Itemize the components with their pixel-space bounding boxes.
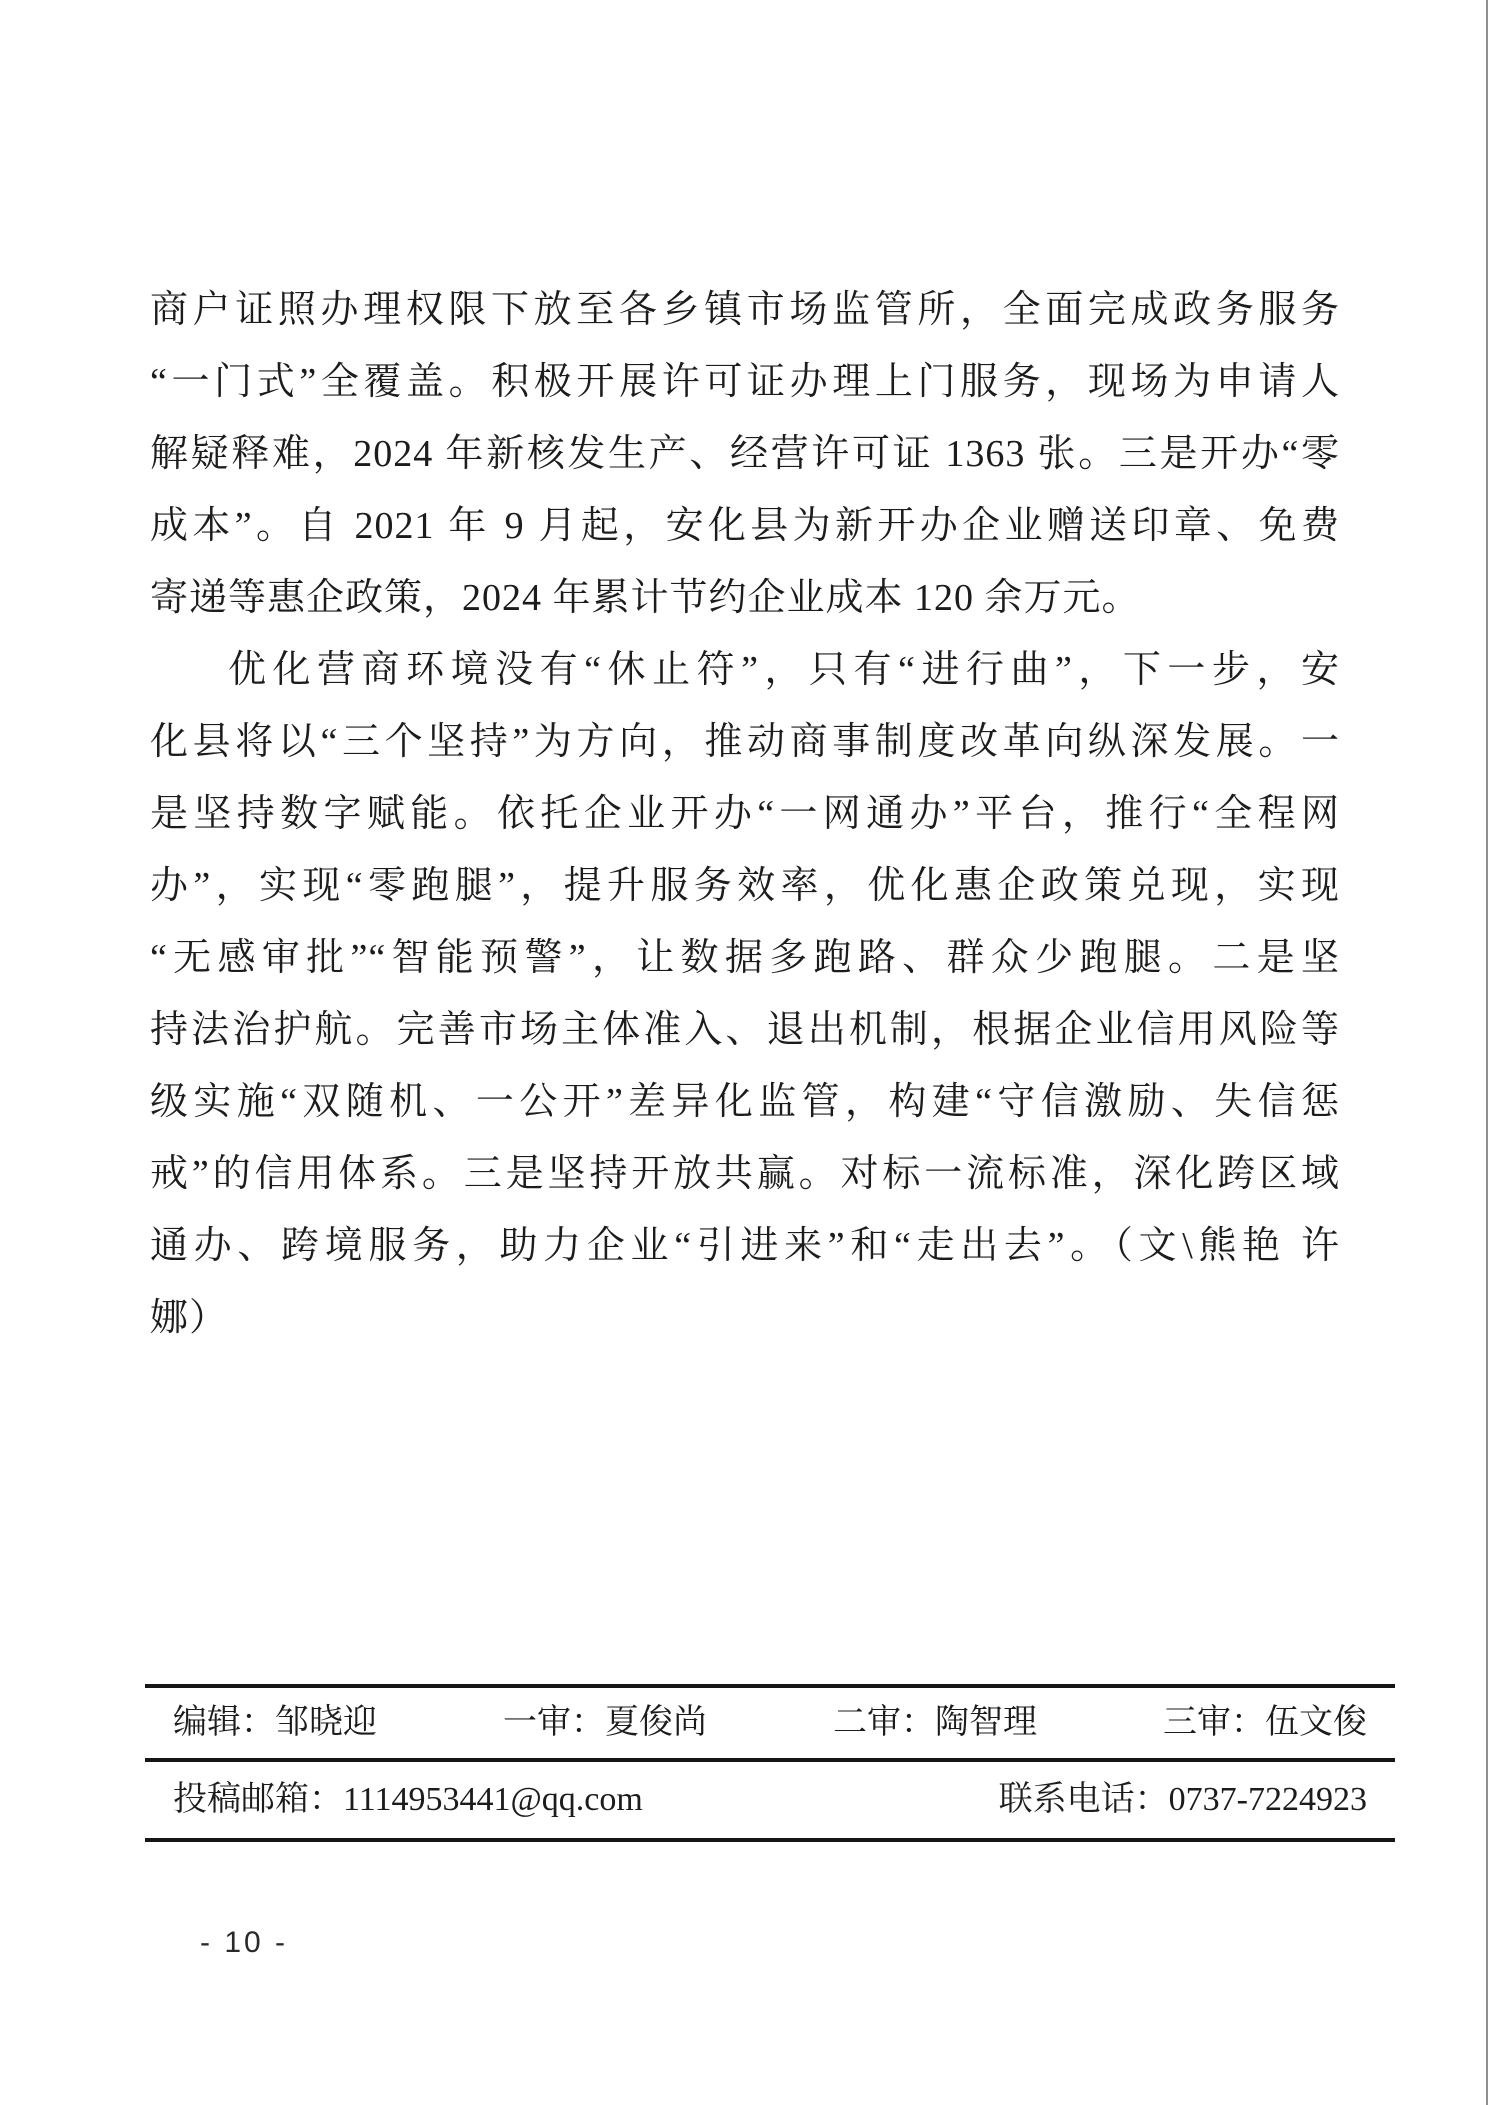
body-line: 办”，实现“零跑腿”，提升服务效率，优化惠企政策兑现，实现: [150, 850, 1340, 922]
body-line: 寄递等惠企政策，2024 年累计节约企业成本 120 余万元。: [150, 562, 1340, 634]
editors-row: 编辑：邹晓迎 一审：夏俊尚 二审：陶智理 三审：伍文俊: [145, 1688, 1395, 1758]
article-body: 商户证照办理权限下放至各乡镇市场监管所，全面完成政务服务 “一门式”全覆盖。积极…: [150, 274, 1340, 1354]
body-line: 级实施“双随机、一公开”差异化监管，构建“守信激励、失信惩: [150, 1066, 1340, 1138]
document-page: 商户证照办理权限下放至各乡镇市场监管所，全面完成政务服务 “一门式”全覆盖。积极…: [0, 0, 1488, 2105]
submission-email: 投稿邮箱：1114953441@qq.com: [173, 1762, 643, 1838]
body-line: 商户证照办理权限下放至各乡镇市场监管所，全面完成政务服务: [150, 274, 1340, 346]
body-line: 通办、跨境服务，助力企业“引进来”和“走出去”。（文\熊艳 许: [150, 1210, 1340, 1282]
footer-divider-bottom: [145, 1838, 1395, 1842]
body-line: 成本”。自 2021 年 9 月起，安化县为新开办企业赠送印章、免费: [150, 490, 1340, 562]
second-reviewer-credit: 二审：陶智理: [833, 1688, 1037, 1758]
body-line: 化县将以“三个坚持”为方向，推动商事制度改革向纵深发展。一: [150, 706, 1340, 778]
body-line: 戒”的信用体系。三是坚持开放共赢。对标一流标准，深化跨区域: [150, 1138, 1340, 1210]
body-line: 娜）: [150, 1282, 1340, 1354]
first-reviewer-credit: 一审：夏俊尚: [503, 1688, 707, 1758]
contact-phone: 联系电话：0737-7224923: [999, 1762, 1367, 1838]
footer-block: 编辑：邹晓迎 一审：夏俊尚 二审：陶智理 三审：伍文俊 投稿邮箱：1114953…: [145, 1684, 1395, 1842]
body-line: 是坚持数字赋能。依托企业开办“一网通办”平台，推行“全程网: [150, 778, 1340, 850]
editor-credit: 编辑：邹晓迎: [173, 1688, 377, 1758]
body-line: “一门式”全覆盖。积极开展许可证办理上门服务，现场为申请人: [150, 346, 1340, 418]
body-line: 持法治护航。完善市场主体准入、退出机制，根据企业信用风险等: [150, 994, 1340, 1066]
body-line: 解疑释难，2024 年新核发生产、经营许可证 1363 张。三是开办“零: [150, 418, 1340, 490]
body-line: “无感审批”“智能预警”，让数据多跑路、群众少跑腿。二是坚: [150, 922, 1340, 994]
page-number: - 10 -: [200, 1926, 288, 1960]
contact-row: 投稿邮箱：1114953441@qq.com 联系电话：0737-7224923: [145, 1762, 1395, 1838]
third-reviewer-credit: 三审：伍文俊: [1163, 1688, 1367, 1758]
body-line: 优化营商环境没有“休止符”，只有“进行曲”，下一步，安: [150, 634, 1340, 706]
